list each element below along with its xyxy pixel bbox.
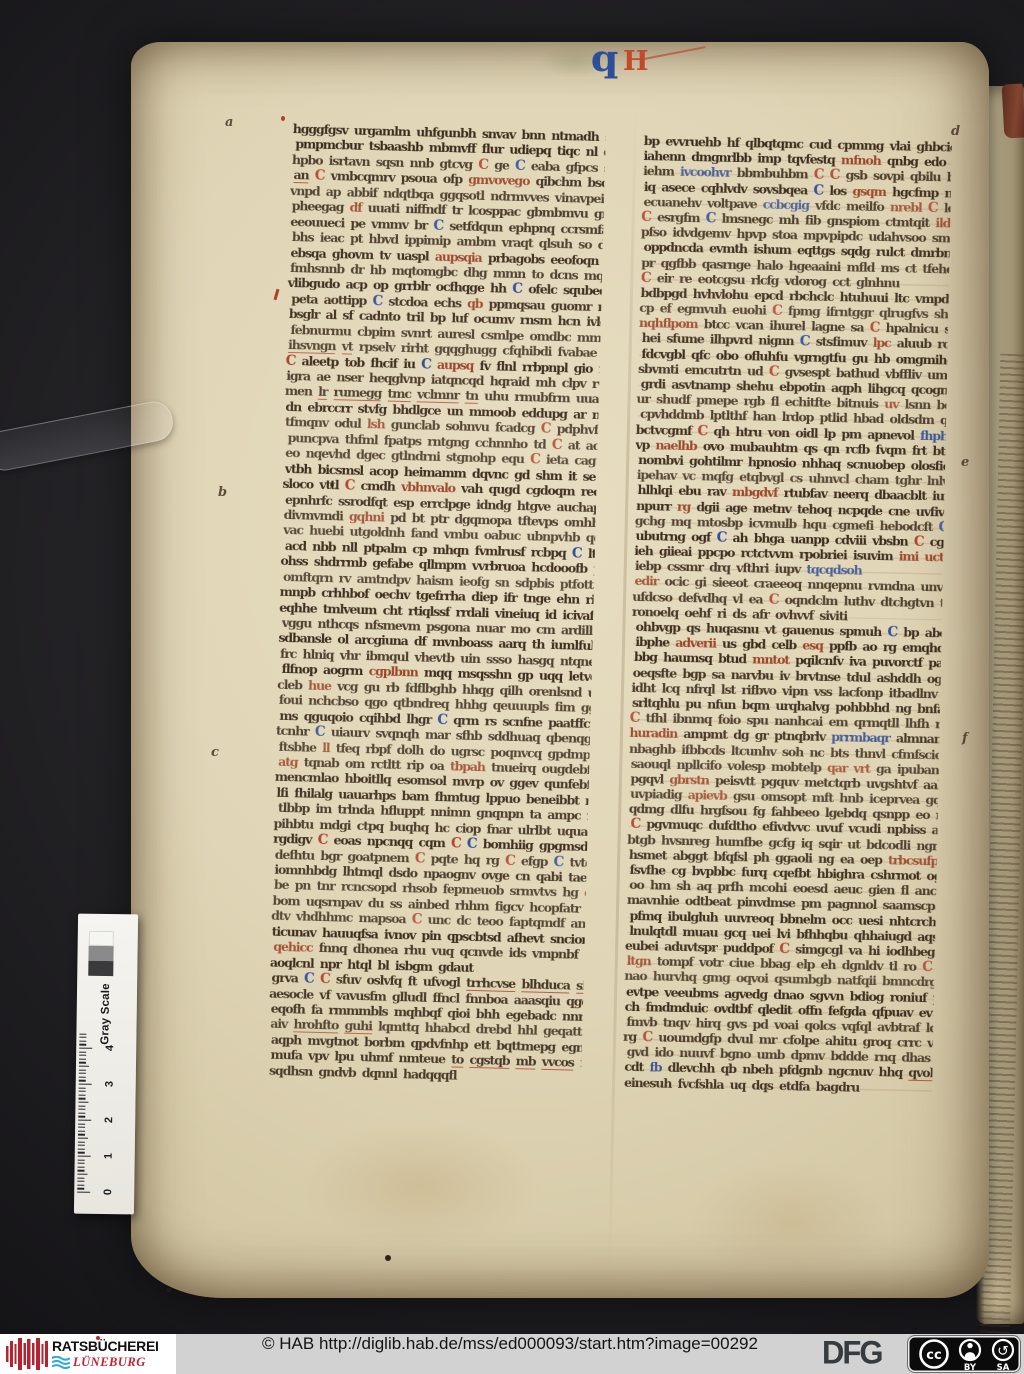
ruler-number-3: 3 — [104, 1077, 116, 1091]
text-column-right: bp evvruehb hf qlbqtqmc cud cpmmg vlai g… — [624, 133, 952, 1096]
library-name: RATSBÜCHEREI LÜNEBURG — [52, 1338, 174, 1370]
margin-letter-c: c — [211, 745, 219, 760]
svg-text:cc: cc — [926, 1348, 941, 1363]
margin-letter-d: d — [951, 124, 960, 139]
quire-mark-blue-letter: q — [591, 38, 619, 80]
share-alike-icon: ↺ SA — [993, 1340, 1013, 1372]
svg-text:SA: SA — [997, 1363, 1010, 1372]
ruler-number-2: 2 — [103, 1113, 115, 1127]
ruler-number-1: 1 — [103, 1149, 115, 1163]
ruler-number-0: 0 — [102, 1185, 114, 1199]
ink-speck — [330, 483, 334, 487]
creative-commons-icon: cc — [921, 1341, 948, 1368]
wormhole-speck — [385, 1255, 391, 1261]
umlaut-dot — [96, 1336, 100, 1340]
red-pipes-icon — [6, 1337, 48, 1371]
dfg-logo: DFG — [822, 1334, 881, 1374]
grayscale-patch-mid — [88, 946, 113, 961]
ruler-number-4: 4 — [104, 1041, 116, 1055]
grayscale-patch-white — [89, 931, 114, 946]
margin-letter-a: a — [225, 115, 233, 130]
grayscale-card: Gray Scale 43210 — [74, 914, 138, 1215]
cc-license-badge: cc BY ↺ SA — [908, 1336, 1020, 1372]
grayscale-ruler: 43210 — [78, 914, 138, 915]
library-name-line2: LÜNEBURG — [73, 1355, 146, 1370]
text-column-left: hgggfgsv urgamlm uhfgunbh snvav bnn ntma… — [269, 121, 606, 1086]
blue-waves-icon — [52, 1356, 70, 1369]
margin-letter-e: e — [961, 455, 969, 470]
footer-bar: RATSBÜCHEREI LÜNEBURG © HAB http://digli… — [0, 1334, 1024, 1374]
svg-text:↺: ↺ — [997, 1344, 1009, 1360]
quire-mark-hairline — [644, 46, 705, 59]
ink-speck — [167, 1288, 171, 1292]
margin-letter-b: b — [218, 485, 227, 500]
quire-mark-red-letter: H — [623, 46, 649, 77]
quire-mark: q H — [592, 38, 712, 108]
manuscript-photo: q H hgggfgsv urgamlm uhfgunbh snvav bnn … — [0, 0, 1024, 1374]
ratsbuecherei-logo: RATSBÜCHEREI LÜNEBURG — [0, 1334, 176, 1374]
svg-text:BY: BY — [964, 1363, 977, 1372]
red-margin-dot — [281, 116, 285, 121]
attribution-person-icon: BY — [960, 1340, 980, 1372]
margin-letter-f: f — [962, 731, 968, 746]
book-cover-edge — [1002, 83, 1024, 138]
library-name-line1: RATSBÜCHEREI — [52, 1338, 174, 1354]
copyright-text: © HAB http://diglib.hab.de/mss/ed000093/… — [220, 1334, 800, 1374]
